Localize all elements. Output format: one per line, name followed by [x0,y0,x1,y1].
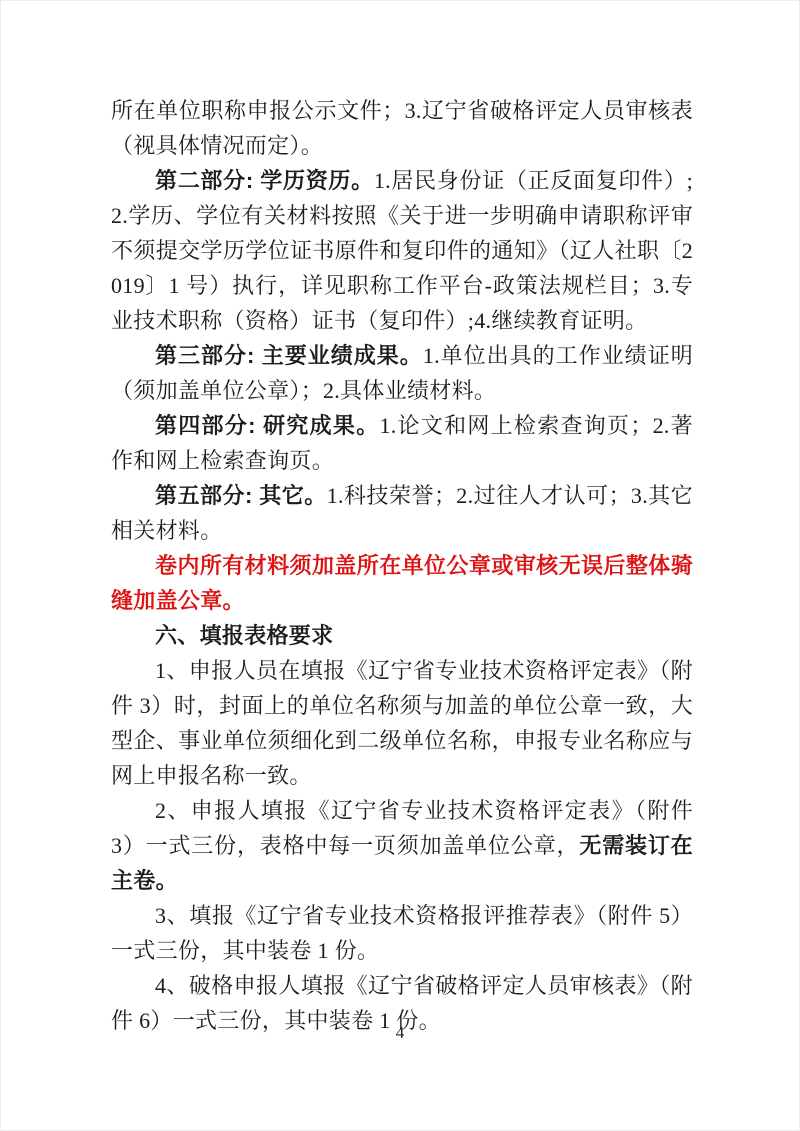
page-footer: 4 [1,1023,799,1043]
paragraph: 第二部分: 学历资历。1.居民身份证（正反面复印件）;2.学历、学位有关材料按照… [111,163,693,338]
text-run: 第二部分: 学历资历。 [155,168,374,193]
paragraph: 3、填报《辽宁省专业技术资格报评推荐表》（附件 5）一式三份，其中装卷 1 份。 [111,898,693,968]
paragraph: 第三部分: 主要业绩成果。1.单位出具的工作业绩证明（须加盖单位公章）；2.具体… [111,338,693,408]
paragraph: 卷内所有材料须加盖所在单位公章或审核无误后整体骑缝加盖公章。 [111,548,693,618]
text-run: 所在单位职称申报公示文件；3.辽宁省破格评定人员审核表（视具体情况而定）。 [111,98,693,158]
text-run: 卷内所有材料须加盖所在单位公章或审核无误后整体骑缝加盖公章。 [111,553,693,613]
page-number: 4 [396,1023,405,1042]
paragraph: 所在单位职称申报公示文件；3.辽宁省破格评定人员审核表（视具体情况而定）。 [111,93,693,163]
paragraph: 1、申报人员在填报《辽宁省专业技术资格评定表》（附件 3）时，封面上的单位名称须… [111,653,693,793]
document-page: 所在单位职称申报公示文件；3.辽宁省破格评定人员审核表（视具体情况而定）。第二部… [0,0,800,1131]
text-run: 3、填报《辽宁省专业技术资格报评推荐表》（附件 5）一式三份，其中装卷 1 份。 [111,903,693,963]
text-run: 第四部分: 研究成果。 [155,413,379,438]
paragraph: 第四部分: 研究成果。1.论文和网上检索查询页；2.著作和网上检索查询页。 [111,408,693,478]
text-run: 第三部分: 主要业绩成果。 [155,343,423,368]
text-run: 六、填报表格要求 [155,623,333,648]
paragraph: 六、填报表格要求 [111,618,693,653]
paragraph: 第五部分: 其它。1.科技荣誉；2.过往人才认可；3.其它相关材料。 [111,478,693,548]
document-body: 所在单位职称申报公示文件；3.辽宁省破格评定人员审核表（视具体情况而定）。第二部… [111,93,693,1038]
paragraph: 2、申报人填报《辽宁省专业技术资格评定表》（附件 3）一式三份，表格中每一页须加… [111,793,693,898]
text-run: 1、申报人员在填报《辽宁省专业技术资格评定表》（附件 3）时，封面上的单位名称须… [111,658,693,788]
text-run: 第五部分: 其它。 [155,483,327,508]
